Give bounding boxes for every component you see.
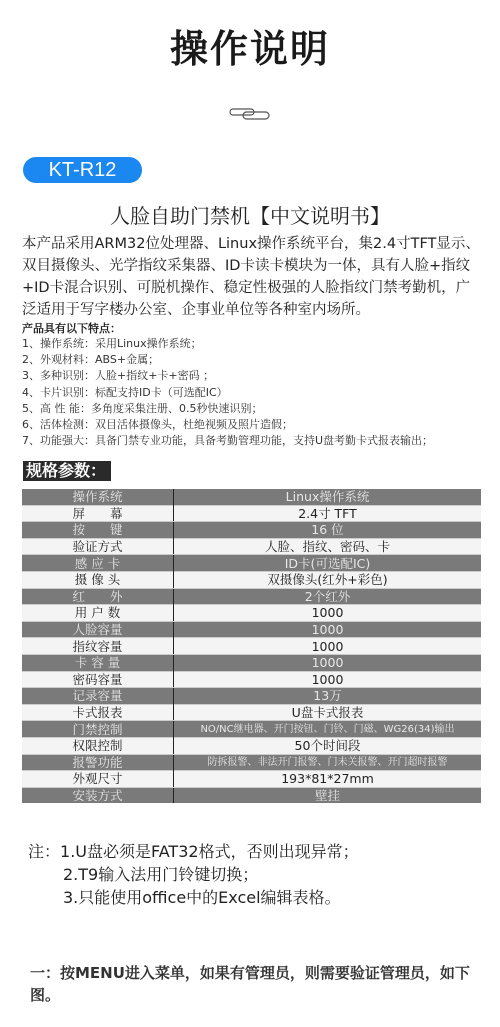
table-row: 用 户 数1000 — [22, 605, 481, 622]
notes-label: 注： — [28, 842, 60, 861]
spec-value: 13万 — [174, 688, 482, 705]
spec-value: 1000 — [174, 621, 482, 638]
spec-value: 人脸、指纹、密码、卡 — [174, 538, 482, 555]
feature-item: 5、高 性 能：多角度采集注册、0.5秒快速识别； — [22, 401, 492, 417]
specs-table: 操作系统Linux操作系统 屏 幕2.4寸 TFT 按 键16 位 验证方式人脸… — [22, 489, 481, 803]
paperclip-icon — [229, 107, 271, 121]
spec-value: 1000 — [174, 671, 482, 688]
spec-key: 卡式报表 — [22, 704, 174, 721]
table-row: 屏 幕2.4寸 TFT — [22, 505, 481, 522]
spec-key: 安装方式 — [22, 787, 174, 803]
spec-key: 感 应 卡 — [22, 555, 174, 572]
spec-key: 人脸容量 — [22, 621, 174, 638]
spec-key: 密码容量 — [22, 671, 174, 688]
table-row: 验证方式人脸、指纹、密码、卡 — [22, 538, 481, 555]
spec-value: U盘卡式报表 — [174, 704, 482, 721]
spec-value: 壁挂 — [174, 787, 482, 803]
feature-item: 6、活体检测：双目活体摄像头，杜绝视频及照片造假； — [22, 417, 492, 433]
table-row: 报警功能防拆报警、非法开门报警、门未关报警、开门超时报警 — [22, 754, 481, 771]
model-badge: KT-R12 — [23, 157, 142, 183]
table-row: 按 键16 位 — [22, 522, 481, 539]
note-item: 1.U盘必须是FAT32格式，否则出现异常； — [60, 842, 359, 861]
table-row: 安装方式壁挂 — [22, 787, 481, 803]
table-row: 摄 像 头双摄像头(红外+彩色) — [22, 571, 481, 588]
features-list: 1、操作系统：采用Linux操作系统； 2、外观材料：ABS+金属； 3、多种识… — [22, 336, 492, 449]
step-one-instruction: 一：按MENU进入菜单，如果有管理员，则需要验证管理员，如下图。 — [30, 962, 480, 1006]
feature-item: 2、外观材料：ABS+金属； — [22, 352, 492, 368]
features-heading: 产品具有以下特点： — [22, 320, 121, 336]
page-title: 操作说明 — [0, 18, 500, 73]
table-row: 操作系统Linux操作系统 — [22, 489, 481, 505]
spec-key: 权限控制 — [22, 737, 174, 754]
spec-key: 指纹容量 — [22, 638, 174, 655]
note-item: 2.T9输入法用门铃键切换； — [28, 863, 359, 886]
table-row: 外观尺寸193*81*27mm — [22, 771, 481, 788]
spec-value: 1000 — [174, 654, 482, 671]
spec-value: 16 位 — [174, 522, 482, 539]
spec-value: 1000 — [174, 638, 482, 655]
spec-value: 1000 — [174, 605, 482, 622]
spec-key: 摄 像 头 — [22, 571, 174, 588]
spec-key: 门禁控制 — [22, 721, 174, 738]
spec-key: 报警功能 — [22, 754, 174, 771]
feature-item: 4、卡片识别：标配支持ID卡（可选配IC） — [22, 385, 492, 401]
spec-value: 50个时间段 — [174, 737, 482, 754]
spec-value: NO/NC继电器、开门按钮、门铃、门磁、WG26(34)输出 — [174, 721, 482, 738]
table-row: 权限控制50个时间段 — [22, 737, 481, 754]
spec-key: 红 外 — [22, 588, 174, 605]
table-row: 记录容量13万 — [22, 688, 481, 705]
table-row: 卡式报表U盘卡式报表 — [22, 704, 481, 721]
spec-key: 记录容量 — [22, 688, 174, 705]
spec-value: 双摄像头(红外+彩色) — [174, 571, 482, 588]
table-row: 密码容量1000 — [22, 671, 481, 688]
table-row: 指纹容量1000 — [22, 638, 481, 655]
spec-key: 屏 幕 — [22, 505, 174, 522]
spec-key: 操作系统 — [22, 489, 174, 505]
spec-value: 防拆报警、非法开门报警、门未关报警、开门超时报警 — [174, 754, 482, 771]
table-row: 门禁控制NO/NC继电器、开门按钮、门铃、门磁、WG26(34)输出 — [22, 721, 481, 738]
product-intro: 本产品采用ARM32位处理器、Linux操作系统平台，集2.4寸TFT显示、双目… — [22, 233, 484, 321]
spec-key: 外观尺寸 — [22, 771, 174, 788]
specs-heading: 规格参数： — [23, 461, 111, 481]
feature-item: 7、功能强大：具备门禁专业功能，具备考勤管理功能，支持U盘考勤卡式报表输出； — [22, 433, 492, 449]
table-row: 红 外2个红外 — [22, 588, 481, 605]
spec-value: 2个红外 — [174, 588, 482, 605]
spec-key: 按 键 — [22, 522, 174, 539]
feature-item: 3、多种识别：人脸+指纹+卡+密码 ； — [22, 368, 492, 384]
spec-value: ID卡(可选配IC) — [174, 555, 482, 572]
feature-item: 1、操作系统：采用Linux操作系统； — [22, 336, 492, 352]
spec-value: 2.4寸 TFT — [174, 505, 482, 522]
table-row: 卡 容 量1000 — [22, 654, 481, 671]
spec-value: 193*81*27mm — [174, 771, 482, 788]
table-row: 感 应 卡ID卡(可选配IC) — [22, 555, 481, 572]
spec-value: Linux操作系统 — [174, 489, 482, 505]
spec-key: 验证方式 — [22, 538, 174, 555]
table-row: 人脸容量1000 — [22, 621, 481, 638]
spec-key: 用 户 数 — [22, 605, 174, 622]
notes-section: 注：1.U盘必须是FAT32格式，否则出现异常； 2.T9输入法用门铃键切换； … — [28, 840, 359, 909]
product-subtitle: 人脸自助门禁机【中文说明书】 — [0, 200, 500, 229]
spec-key: 卡 容 量 — [22, 654, 174, 671]
note-item: 3.只能使用office中的Excel编辑表格。 — [28, 886, 359, 909]
